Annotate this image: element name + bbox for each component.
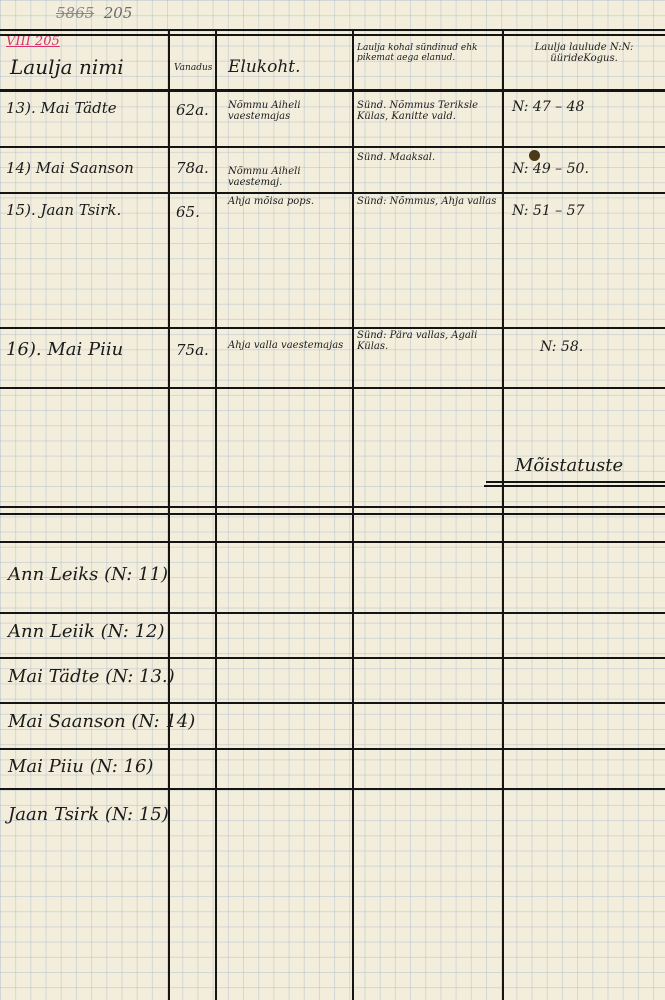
- signature-rule: [486, 481, 665, 483]
- list-rule: [0, 657, 665, 659]
- singer-list-item: Ann Leiks (N: 11): [8, 565, 168, 585]
- section-divider-rule: [0, 506, 665, 508]
- archive-number: 5865 205: [56, 4, 132, 22]
- singer-age: 62a.: [176, 102, 209, 119]
- singer-birthplace: Sünd: Nõmmus, Ahja vallas: [357, 196, 502, 207]
- ink-blot: [529, 150, 540, 161]
- table-top-rule-double: [0, 34, 665, 36]
- column-header-songs: Laulja laulude N:N: üürideKogus.: [509, 42, 659, 64]
- list-rule: [0, 612, 665, 614]
- list-rule: [0, 788, 665, 790]
- row-rule: [0, 387, 665, 389]
- singer-residence: Nõmmu Aiheli vaestemaj.: [228, 166, 352, 188]
- row-rule: [0, 327, 665, 329]
- singer-birthplace: Sünd. Nõmmus Teriksle Külas, Kanitte val…: [357, 100, 502, 122]
- singer-name: 14) Mai Saanson: [6, 160, 134, 177]
- song-numbers: N: 58.: [540, 340, 583, 355]
- column-header-age: Vanadus: [174, 64, 212, 74]
- row-rule: [0, 146, 665, 148]
- singer-age: 78a.: [176, 160, 209, 177]
- singer-age: 65.: [176, 204, 200, 221]
- archive-stamp: VIII 205: [6, 34, 60, 49]
- singer-name: 16). Mai Piiu: [6, 340, 123, 360]
- section-label-riddles: Mõistatuste: [515, 456, 623, 476]
- column-header-birthplace: Laulja kohal sündinud ehk pikemat aega e…: [357, 44, 505, 64]
- column-rule: [502, 29, 504, 1000]
- singer-list-item: Mai Tädte (N: 13.): [8, 667, 175, 687]
- list-rule: [0, 702, 665, 704]
- singer-residence: Nõmmu Aiheli vaestemajas: [228, 100, 352, 122]
- singer-residence: Ahja mõisa pops.: [228, 196, 352, 207]
- struck-archive-number: 5865: [56, 4, 94, 22]
- singer-birthplace: Sünd. Maaksal.: [357, 152, 502, 163]
- song-numbers: N: 47 – 48: [512, 100, 584, 115]
- signature-rule-double: [484, 485, 665, 487]
- singer-list-item: Ann Leiik (N: 12): [8, 622, 165, 642]
- song-numbers: N: 49 – 50.: [512, 162, 589, 177]
- column-rule: [168, 29, 170, 1000]
- singer-age: 75a.: [176, 342, 209, 359]
- singer-birthplace: Sünd: Pära vallas, Agali Külas.: [357, 330, 502, 352]
- header-bottom-rule: [0, 89, 665, 92]
- column-header-name: Laulja nimi: [10, 56, 124, 78]
- page-number: 205: [104, 4, 133, 22]
- singer-name: 15). Jaan Tsirk.: [6, 202, 121, 219]
- row-rule: [0, 192, 665, 194]
- singer-name: 13). Mai Tädte: [6, 100, 117, 117]
- singer-list-item: Jaan Tsirk (N: 15): [8, 805, 169, 825]
- singer-residence: Ahja valla vaestemajas: [228, 340, 352, 351]
- column-header-residence: Elukoht.: [228, 58, 301, 77]
- table-top-rule: [0, 29, 665, 31]
- list-rule: [0, 748, 665, 750]
- list-rule: [0, 541, 665, 543]
- singer-list-item: Mai Piiu (N: 16): [8, 757, 153, 777]
- column-rule: [215, 29, 217, 1000]
- section-divider-rule-double: [0, 513, 665, 515]
- song-numbers: N: 51 – 57: [512, 204, 584, 219]
- singer-list-item: Mai Saanson (N: 14): [8, 712, 195, 732]
- column-rule: [352, 29, 354, 1000]
